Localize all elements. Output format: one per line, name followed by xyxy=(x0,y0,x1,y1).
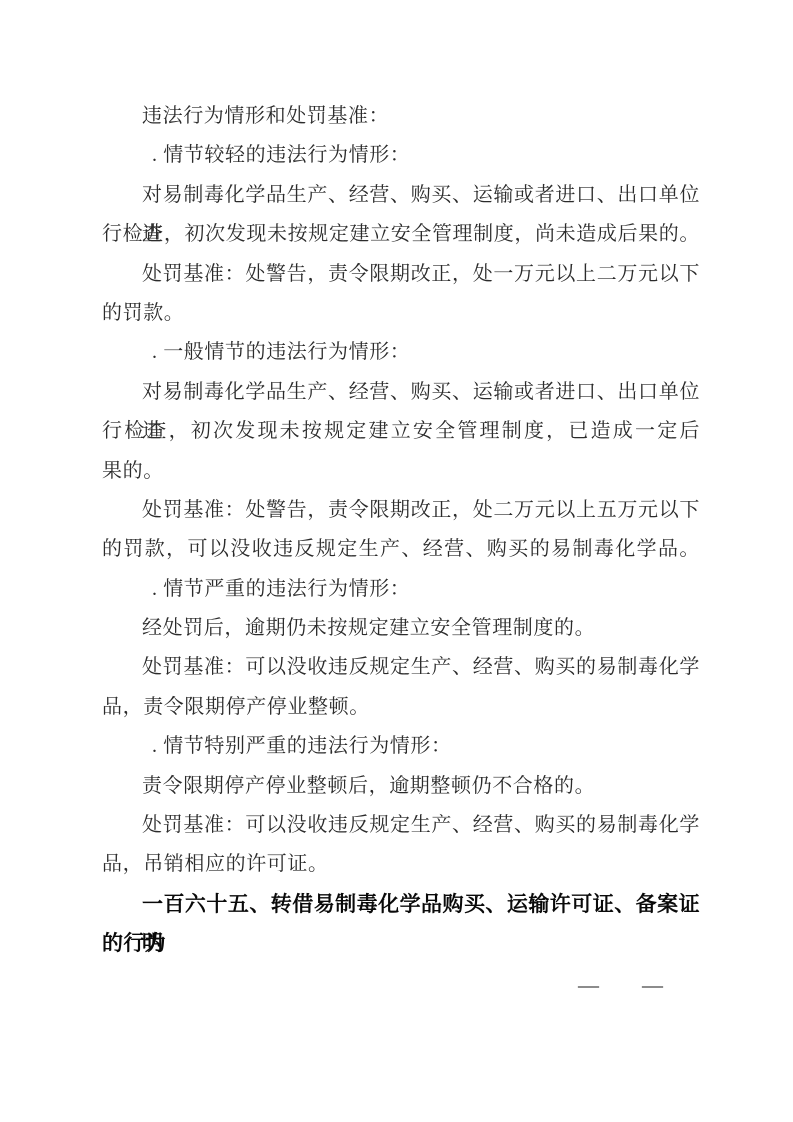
doc-line: 行检查，初次发现未按规定建立安全管理制度，已造成一定后 xyxy=(102,412,700,451)
doc-line: 的罚款，可以没收违反规定生产、经营、购买的易制毒化学品。 xyxy=(102,530,700,569)
doc-line-penalty-basis: 处罚基准：可以没收违反规定生产、经营、购买的易制毒化学 xyxy=(102,648,700,687)
doc-line: 经处罚后，逾期仍未按规定建立安全管理制度的。 xyxy=(102,609,700,648)
section-heading-line-165: 一百六十五、转借易制毒化学品购买、运输许可证、备案证明 xyxy=(102,885,700,924)
doc-line: 果的。 xyxy=(102,452,700,491)
doc-line: 行检查，初次发现未按规定建立安全管理制度，尚未造成后果的。 xyxy=(102,215,700,254)
doc-line: 品，责令限期停产停业整顿。 xyxy=(102,688,700,727)
doc-line-penalty-basis: 处罚基准：处警告，责令限期改正，处二万元以上五万元以下 xyxy=(102,491,700,530)
doc-line: 对易制毒化学品生产、经营、购买、运输或者进口、出口单位进 xyxy=(102,373,700,412)
doc-line: 的罚款。 xyxy=(102,294,700,333)
section-heading-line-continuation: 的行为 xyxy=(102,924,700,963)
doc-line-general-circumstance-heading: . 一般情节的违法行为情形： xyxy=(102,333,700,372)
page-number-dash-right: — xyxy=(642,971,663,999)
page-number-area: — — xyxy=(578,971,663,999)
doc-line-penalty-basis: 处罚基准：可以没收违反规定生产、经营、购买的易制毒化学 xyxy=(102,806,700,845)
doc-line-minor-circumstance-heading: . 情节较轻的违法行为情形： xyxy=(102,136,700,175)
doc-line-heading-penalty-basis: 违法行为情形和处罚基准： xyxy=(102,97,700,136)
doc-line-extra-serious-circumstance-heading: . 情节特别严重的违法行为情形： xyxy=(102,727,700,766)
doc-line-serious-circumstance-heading: . 情节严重的违法行为情形： xyxy=(102,570,700,609)
document-page: 违法行为情形和处罚基准： . 情节较轻的违法行为情形： 对易制毒化学品生产、经营… xyxy=(0,0,793,1122)
document-text-block: 违法行为情形和处罚基准： . 情节较轻的违法行为情形： 对易制毒化学品生产、经营… xyxy=(102,97,700,964)
doc-line: 对易制毒化学品生产、经营、购买、运输或者进口、出口单位进 xyxy=(102,176,700,215)
doc-line: 品，吊销相应的许可证。 xyxy=(102,845,700,884)
doc-line: 责令限期停产停业整顿后，逾期整顿仍不合格的。 xyxy=(102,767,700,806)
page-number-dash-left: — xyxy=(578,971,599,999)
doc-line-penalty-basis: 处罚基准：处警告，责令限期改正，处一万元以上二万元以下 xyxy=(102,255,700,294)
